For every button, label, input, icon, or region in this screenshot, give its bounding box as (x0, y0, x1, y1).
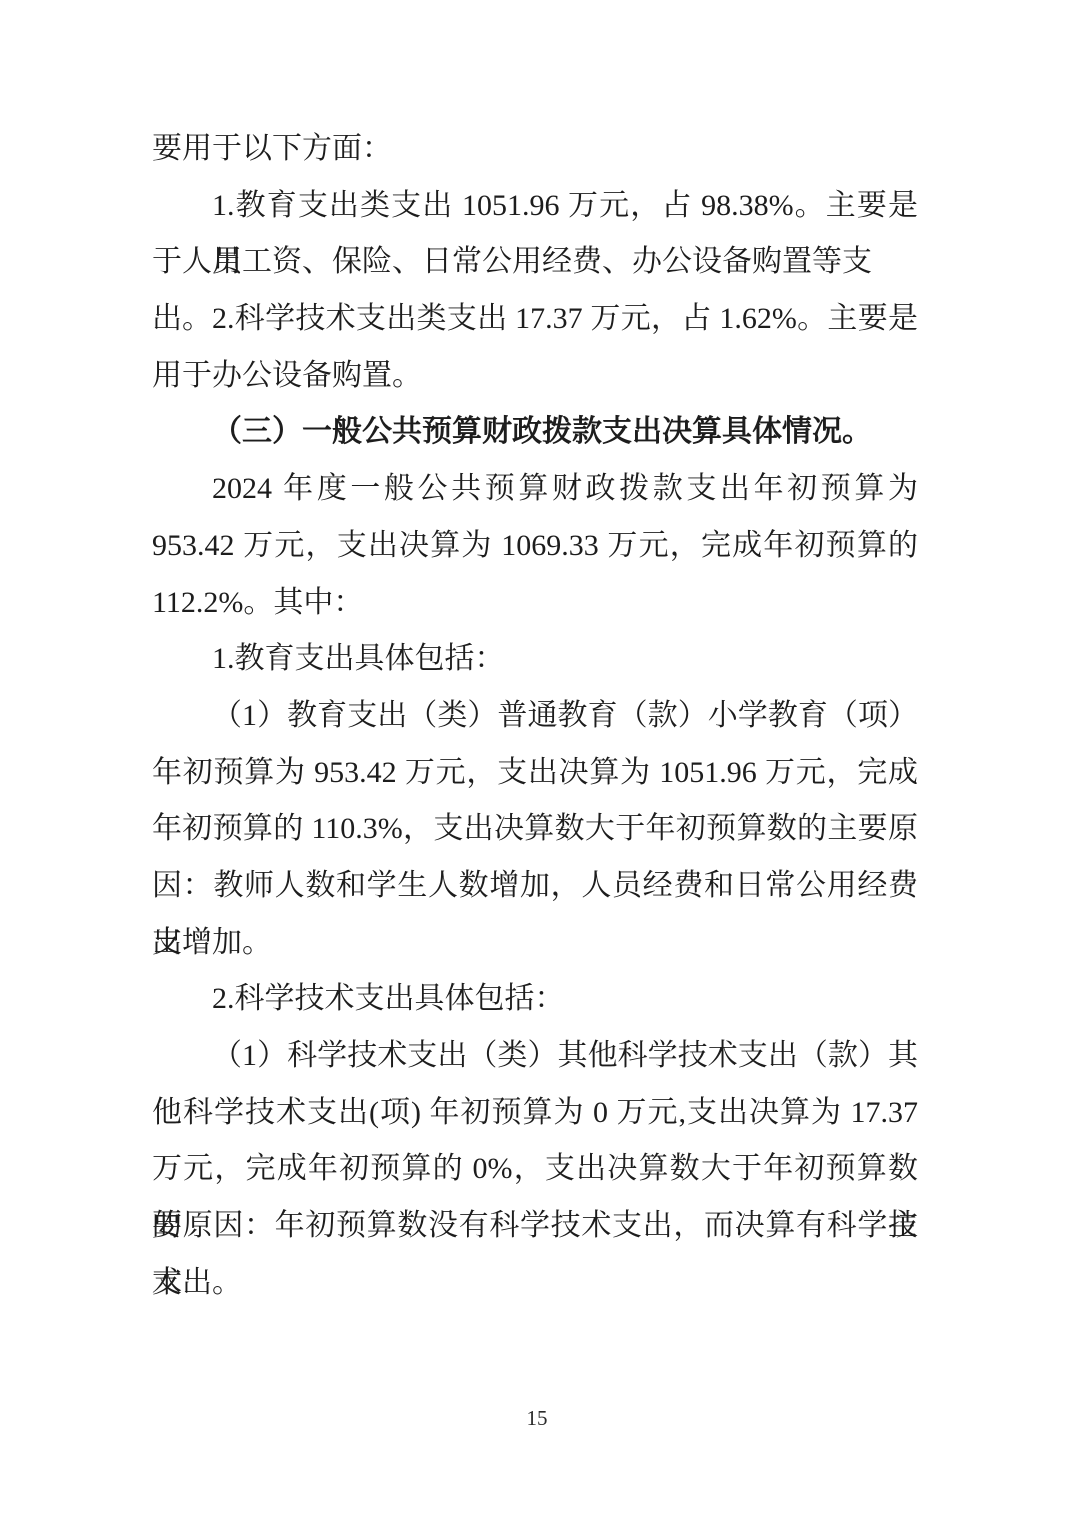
text-line: 1.教育支出类支出 1051.96 万元，占 98.38%。主要是用 (152, 178, 918, 235)
text-line: 因：教师人数和学生人数增加，人员经费和日常公用经费支 (152, 858, 918, 915)
page-footer: 15 (0, 1406, 1074, 1431)
body-paragraph: 1.教育支出具体包括： (152, 631, 918, 688)
text-line: （1）教育支出（类）普通教育（款）小学教育（项） (152, 688, 918, 745)
body-paragraph: 2.科学技术支出具体包括： (152, 971, 918, 1028)
document-page: 要用于以下方面：1.教育支出类支出 1051.96 万元，占 98.38%。主要… (0, 0, 1074, 1520)
text-line: 用于办公设备购置。 (152, 348, 918, 405)
text-line: 于人员工资、保险、日常公用经费、办公设备购置等支出。 (152, 234, 918, 291)
body-paragraph: 要用于以下方面： (152, 121, 918, 178)
text-line: 他科学技术支出(项) 年初预算为 0 万元,支出决算为 17.37 (152, 1085, 918, 1142)
body-paragraph: （1）教育支出（类）普通教育（款）小学教育（项）年初预算为 953.42 万元，… (152, 688, 918, 971)
text-line: 出增加。 (152, 915, 918, 972)
text-line: 支出。 (152, 1255, 918, 1312)
text-line: 2.科学技术支出类支出 17.37 万元，占 1.62%。主要是 (152, 291, 918, 348)
body-paragraph: 2.科学技术支出类支出 17.37 万元，占 1.62%。主要是用于办公设备购置… (152, 291, 918, 404)
body-paragraph: 2024 年度一般公共预算财政拨款支出年初预算为953.42 万元，支出决算为 … (152, 461, 918, 631)
page-number: 15 (527, 1406, 548, 1430)
document-body: 要用于以下方面：1.教育支出类支出 1051.96 万元，占 98.38%。主要… (152, 121, 918, 1311)
section-heading: （三）一般公共预算财政拨款支出决算具体情况。 (152, 404, 918, 461)
text-line: （1）科学技术支出（类）其他科学技术支出（款）其 (152, 1028, 918, 1085)
text-line: 要用于以下方面： (152, 121, 918, 178)
body-paragraph: （1）科学技术支出（类）其他科学技术支出（款）其他科学技术支出(项) 年初预算为… (152, 1028, 918, 1311)
text-line: 万元，完成年初预算的 0%，支出决算数大于年初预算数的主 (152, 1141, 918, 1198)
text-line: 2.科学技术支出具体包括： (152, 971, 918, 1028)
text-line: 要原因：年初预算数没有科学技术支出，而决算有科学技术 (152, 1198, 918, 1255)
text-line: 年初预算为 953.42 万元，支出决算为 1051.96 万元，完成 (152, 745, 918, 802)
text-line: 1.教育支出具体包括： (152, 631, 918, 688)
text-line: 953.42 万元，支出决算为 1069.33 万元，完成年初预算的 (152, 518, 918, 575)
text-line: 年初预算的 110.3%，支出决算数大于年初预算数的主要原 (152, 801, 918, 858)
text-line: 112.2%。其中： (152, 575, 918, 632)
body-paragraph: 1.教育支出类支出 1051.96 万元，占 98.38%。主要是用于人员工资、… (152, 178, 918, 291)
text-line: 2024 年度一般公共预算财政拨款支出年初预算为 (152, 461, 918, 518)
text-line: （三）一般公共预算财政拨款支出决算具体情况。 (152, 404, 918, 461)
